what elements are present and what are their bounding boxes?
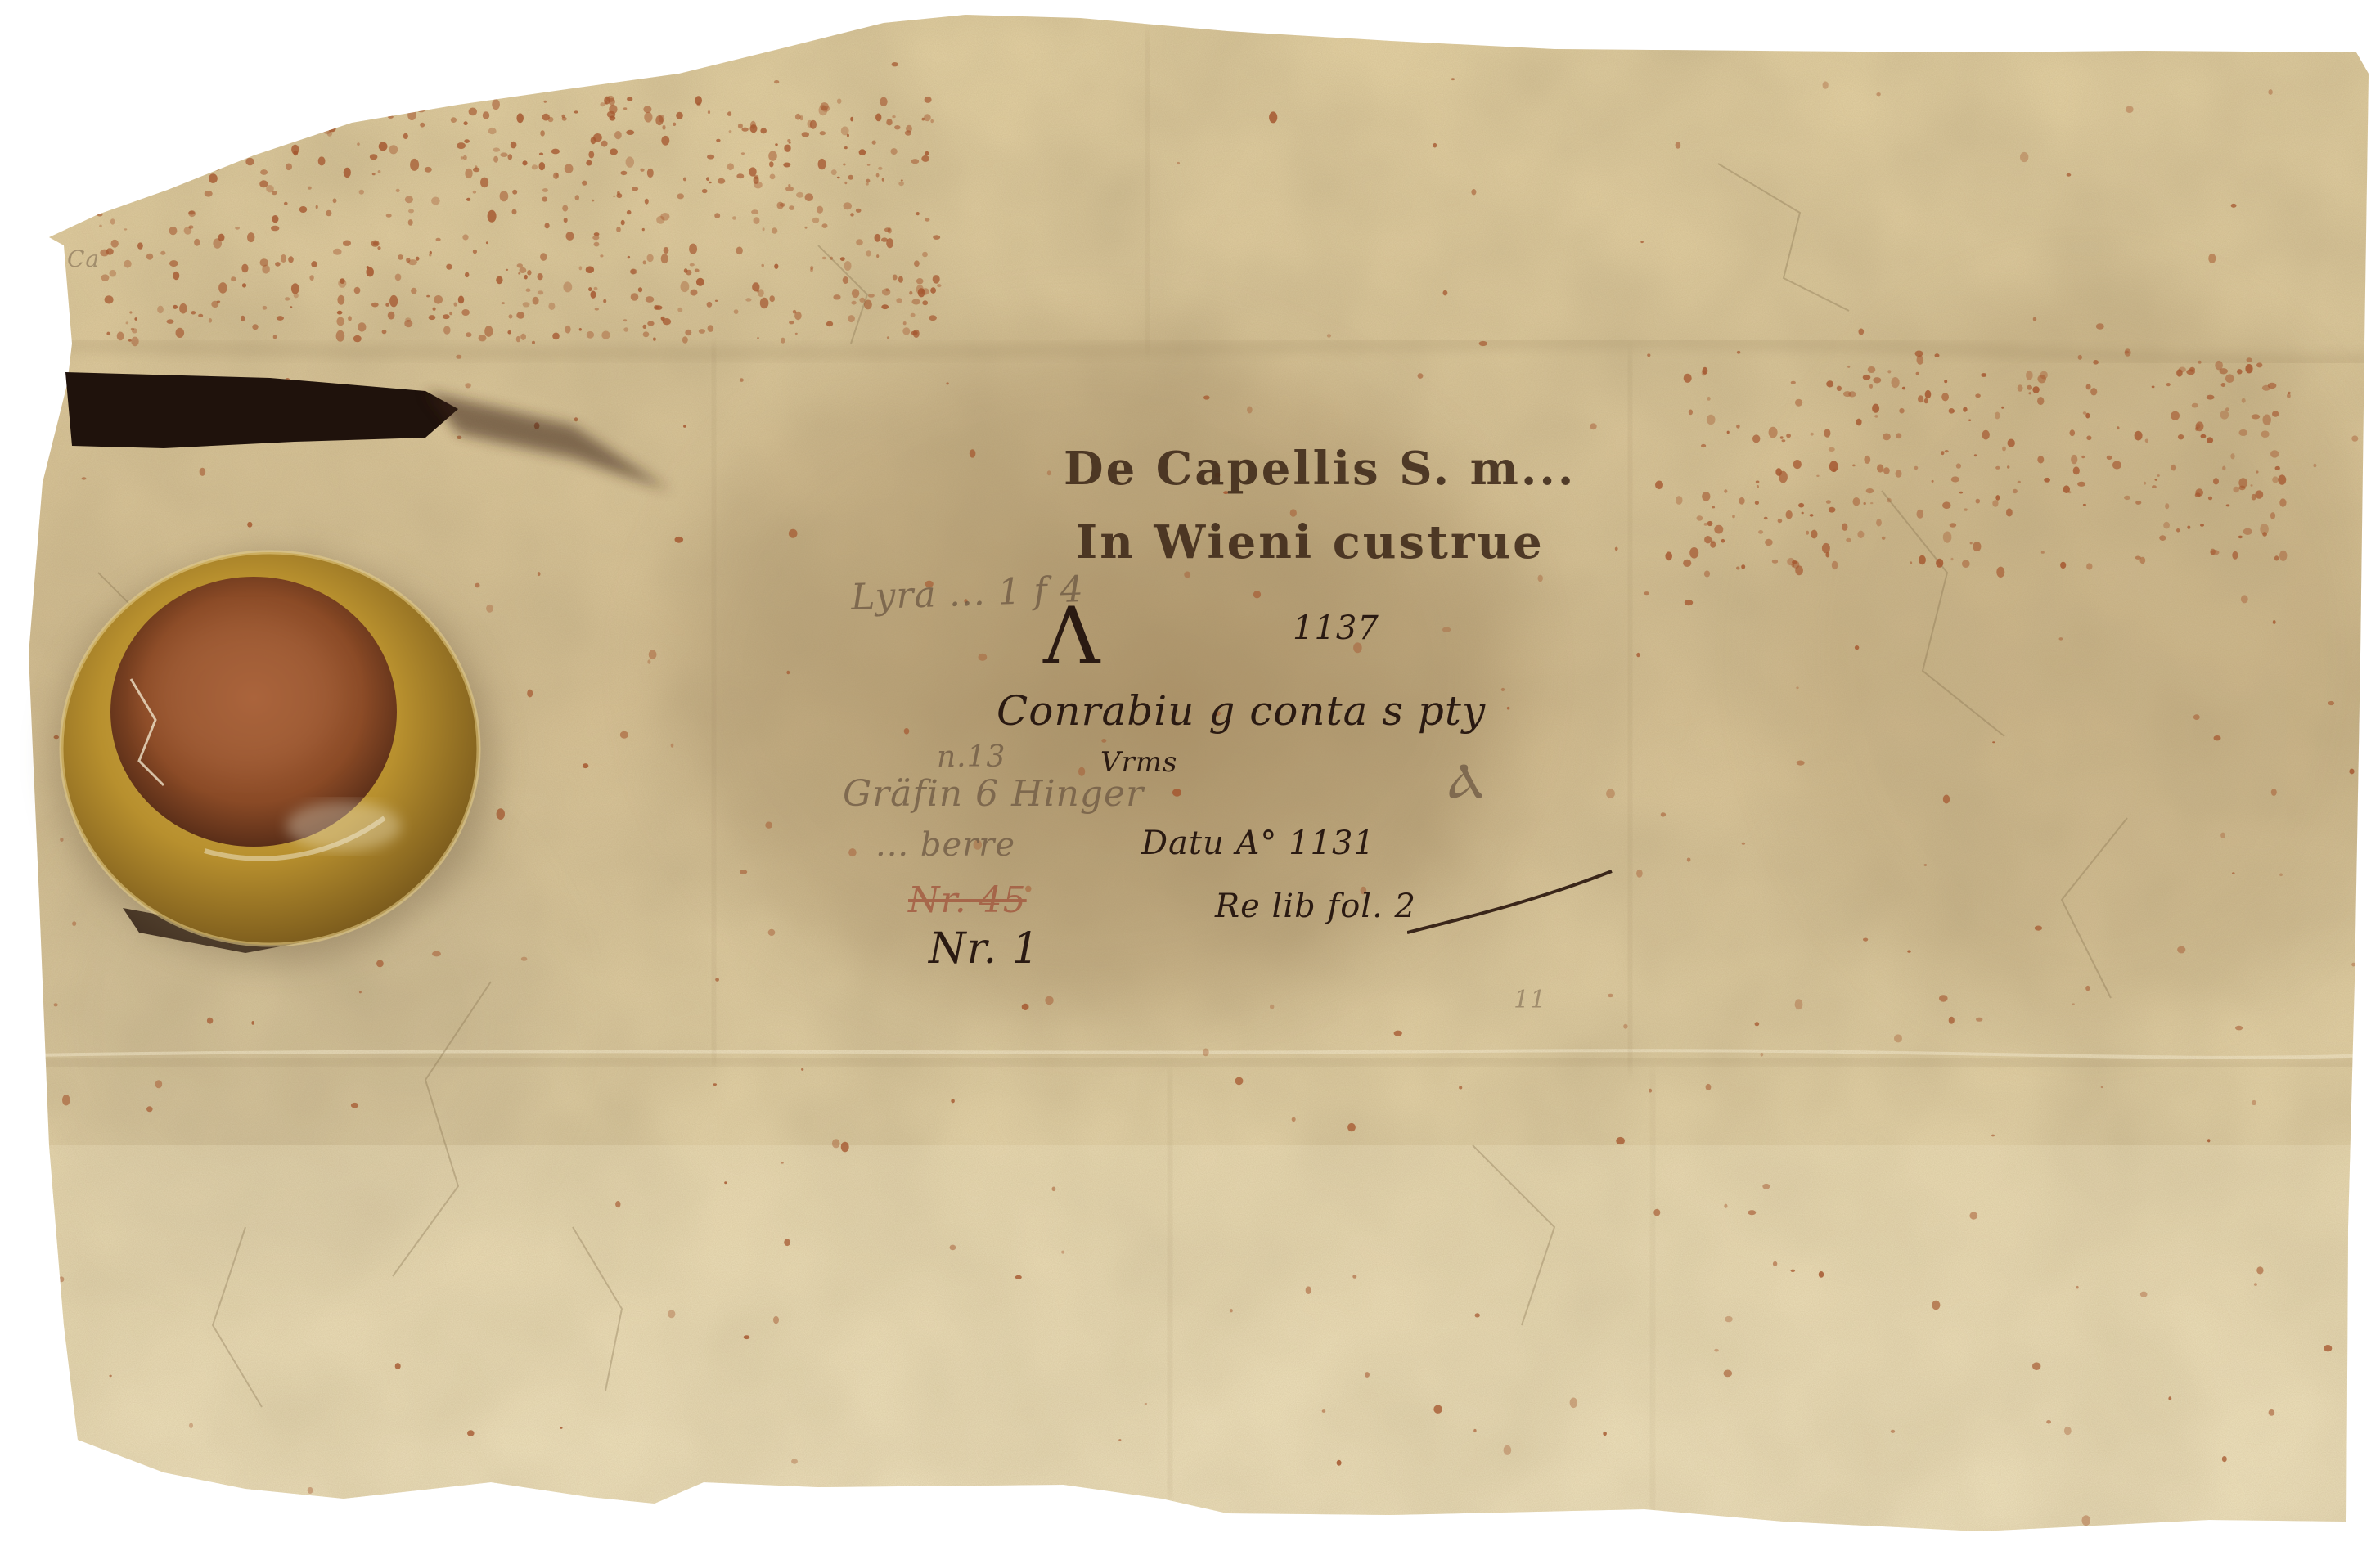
parchment-image: [0, 0, 2380, 1551]
reference-flourish: [1407, 867, 1620, 941]
wax-seal: [53, 552, 495, 961]
document-viewer: De Capellis S. m... In Wieni custrue Lyr…: [0, 0, 2380, 1551]
